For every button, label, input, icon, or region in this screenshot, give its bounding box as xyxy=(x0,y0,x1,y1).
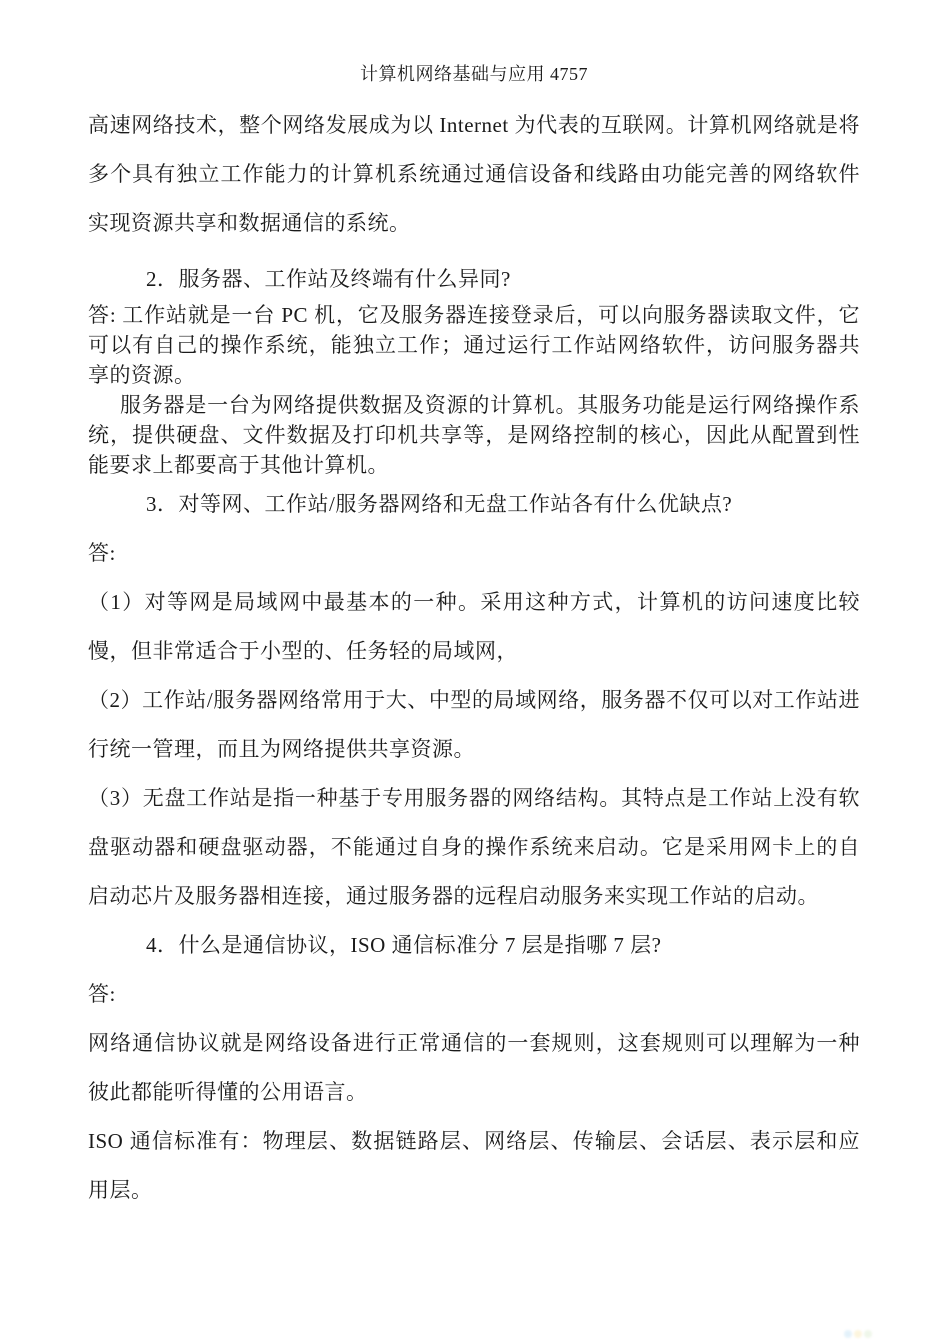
watermark-dot-icon xyxy=(864,1330,872,1338)
question-4-heading: 4．什么是通信协议，ISO 通信标准分 7 层是指哪 7 层? xyxy=(88,921,860,970)
answer-4-label: 答: xyxy=(88,970,860,1019)
body-paragraph-intro: 高速网络技术，整个网络发展成为以 Internet 为代表的互联网。计算机网络就… xyxy=(88,101,860,248)
watermark-dot-icon xyxy=(844,1330,852,1338)
answer-3-item-2: （2）工作站/服务器网络常用于大、中型的局域网络，服务器不仅可以对工作站进行统一… xyxy=(88,676,860,774)
answer-3-item-1: （1）对等网是局域网中最基本的一种。采用这种方式，计算机的访问速度比较慢，但非常… xyxy=(88,578,860,676)
answer-3-label: 答: xyxy=(88,529,860,578)
answer-2-paragraph-1: 答: 工作站就是一台 PC 机，它及服务器连接登录后，可以向服务器读取文件，它可… xyxy=(88,300,860,390)
question-2-heading: 2．服务器、工作站及终端有什么异同? xyxy=(88,264,860,294)
answer-4-paragraph-1: 网络通信协议就是网络设备进行正常通信的一套规则，这套规则可以理解为一种彼此都能听… xyxy=(88,1019,860,1117)
answer-2-paragraph-2: 服务器是一台为网络提供数据及资源的计算机。其服务功能是运行网络操作系统，提供硬盘… xyxy=(88,390,860,480)
answer-3-item-3: （3）无盘工作站是指一种基于专用服务器的网络结构。其特点是工作站上没有软盘驱动器… xyxy=(88,774,860,921)
question-3-heading: 3．对等网、工作站/服务器网络和无盘工作站各有什么优缺点? xyxy=(88,480,860,529)
page-title: 计算机网络基础与应用 4757 xyxy=(88,62,860,86)
answer-4-paragraph-2: ISO 通信标准有：物理层、数据链路层、网络层、传输层、会话层、表示层和应用层。 xyxy=(88,1117,860,1215)
watermark-logo xyxy=(844,1330,880,1339)
watermark-dot-icon xyxy=(854,1330,862,1338)
document-page: 计算机网络基础与应用 4757 高速网络技术，整个网络发展成为以 Interne… xyxy=(0,0,950,1341)
